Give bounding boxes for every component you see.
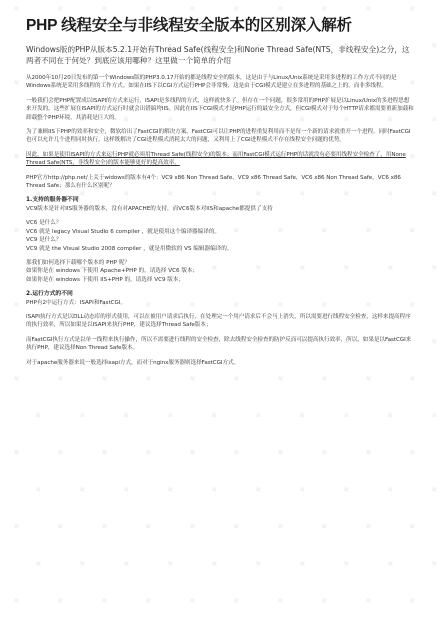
watermark-mark: ✦ (9, 518, 25, 535)
watermark-mark: ✦ (207, 555, 223, 572)
watermark-mark: ✦ (361, 518, 377, 535)
paragraph-fastcgi: 为了兼顾IIS下PHP的效率和安全，微软给出了FastCGI的解决方案。Fast… (26, 128, 414, 145)
watermark-mark: ✦ (295, 555, 311, 572)
choose-question: 那我们如何选择下载哪个版本的 PHP 呢？ (26, 259, 414, 267)
watermark-mark: ✦ (361, 444, 377, 461)
section-1-text: VC9版本是针对IIS服务器的版本，没有对APACHE的支持，而VC6版本对II… (26, 205, 414, 213)
section-2: 2.运行方式的不同 PHP有2中运行方式：ISAPI和FastCGI。 (26, 290, 414, 307)
watermark-mark: ✦ (185, 444, 201, 461)
vc9-answer: VC9 就是 the Visual Studio 2008 compiler ，… (26, 245, 414, 253)
watermark-mark: ✦ (141, 370, 157, 387)
watermark-mark: ✦ (9, 370, 25, 387)
watermark-mark: ✦ (31, 407, 47, 424)
watermark-mark: ✦ (75, 407, 91, 424)
watermark-mark: ✦ (207, 407, 223, 424)
watermark-mark: ✦ (53, 518, 69, 535)
watermark-mark: ✦ (229, 370, 245, 387)
paragraph-server-choice: 对于apache服务器来说一般选择isapi方式，而对于nginx服务器则选择F… (26, 359, 414, 367)
watermark-mark: ✦ (383, 407, 399, 424)
watermark-mark: ✦ (361, 370, 377, 387)
watermark-mark: ✦ (53, 370, 69, 387)
watermark-mark: ✦ (163, 555, 179, 572)
watermark-mark: ✦ (119, 555, 135, 572)
watermark-mark: ✦ (339, 407, 355, 424)
vc6-answer: VC6 就是 legacy Visual Studio 6 compiler ，… (26, 228, 414, 236)
watermark-mark: ✦ (361, 592, 377, 609)
watermark-mark: ✦ (405, 444, 421, 461)
watermark-mark: ✦ (141, 444, 157, 461)
document-page: PHP 线程安全与非线程安全版本的区别深入解析 Windows版的PHP从版本5… (0, 0, 440, 367)
watermark-mark: ✦ (273, 518, 289, 535)
watermark-mark: ✦ (405, 592, 421, 609)
watermark-mark: ✦ (31, 481, 47, 498)
paragraph-fastcgi-mode: 而FastCGI执行方式是以单一线程来执行操作，所以不需要进行线程的安全检查，除… (26, 336, 414, 353)
watermark-mark: ✦ (317, 370, 333, 387)
watermark-mark: ✦ (405, 370, 421, 387)
paragraph-isapi-cgi: 一般我们会把PHP配置成以ISAPI的方式来运行，ISAPI是多线程的方式，这样… (26, 97, 414, 122)
watermark-mark: ✦ (317, 592, 333, 609)
section-2-heading: 2.运行方式的不同 (26, 290, 414, 298)
choose-apache: 如果你是在 windows 下使用 Apache+PHP 的，请选择 VC6 版… (26, 267, 414, 275)
watermark-mark: ✦ (185, 370, 201, 387)
watermark-mark: ✦ (53, 444, 69, 461)
choose-iis: 如果你是在 windows 下使用 IIS+PHP 的，请选择 VC9 版本； (26, 276, 414, 284)
watermark-mark: ✦ (75, 481, 91, 498)
choose-version: 那我们如何选择下载哪个版本的 PHP 呢？ 如果你是在 windows 下使用 … (26, 259, 414, 284)
watermark-mark: ✦ (427, 555, 440, 572)
watermark-mark: ✦ (119, 481, 135, 498)
watermark-mark: ✦ (97, 444, 113, 461)
watermark-mark: ✦ (75, 555, 91, 572)
watermark-mark: ✦ (427, 407, 440, 424)
watermark-mark: ✦ (317, 444, 333, 461)
watermark-mark: ✦ (339, 481, 355, 498)
watermark-mark: ✦ (295, 407, 311, 424)
watermark-mark: ✦ (229, 518, 245, 535)
watermark-mark: ✦ (207, 481, 223, 498)
watermark-mark: ✦ (163, 407, 179, 424)
watermark-mark: ✦ (251, 407, 267, 424)
section-1-heading: 1.支持的服务器不同 (26, 196, 414, 204)
intro-paragraph: Windows版的PHP从版本5.2.1开始有Thread Safe(线程安全)… (26, 44, 414, 66)
watermark-mark: ✦ (53, 592, 69, 609)
watermark-mark: ✦ (229, 444, 245, 461)
watermark-mark: ✦ (383, 481, 399, 498)
paragraph-conclusion-underlined: 因此，如果是使用ISAPI的方式来运行PHP就必须用Thread Safe(线程… (26, 151, 414, 168)
watermark-mark: ✦ (141, 592, 157, 609)
watermark-mark: ✦ (141, 518, 157, 535)
watermark-mark: ✦ (9, 592, 25, 609)
vc6-question: VC6 是什么？ (26, 219, 414, 227)
watermark-mark: ✦ (405, 518, 421, 535)
section-1: 1.支持的服务器不同 VC9版本是针对IIS服务器的版本，没有对APACHE的支… (26, 196, 414, 213)
watermark-mark: ✦ (251, 481, 267, 498)
watermark-mark: ✦ (97, 370, 113, 387)
watermark-mark: ✦ (427, 481, 440, 498)
watermark-mark: ✦ (273, 370, 289, 387)
paragraph-history: 从2000年10月20日发布的第一个Windows版的PHP3.0.17开始的都… (26, 74, 414, 91)
watermark-mark: ✦ (163, 481, 179, 498)
watermark-mark: ✦ (273, 592, 289, 609)
vc9-question: VC9 是什么？ (26, 236, 414, 244)
watermark-mark: ✦ (97, 518, 113, 535)
watermark-mark: ✦ (97, 592, 113, 609)
watermark-mark: ✦ (251, 555, 267, 572)
watermark-mark: ✦ (383, 555, 399, 572)
vc-definitions: VC6 是什么？ VC6 就是 legacy Visual Studio 6 c… (26, 219, 414, 253)
watermark-mark: ✦ (185, 518, 201, 535)
watermark-mark: ✦ (295, 481, 311, 498)
paragraph-versions: PHP官方http://php.net/上关于widows的版本有4个：VC9 … (26, 174, 414, 191)
paragraph-isapi-mode: ISAPI执行方式是以DLL动态库的形式使用，可以在被用户请求后执行，在处理完一… (26, 313, 414, 330)
section-2-text: PHP有2中运行方式：ISAPI和FastCGI。 (26, 299, 414, 307)
watermark-mark: ✦ (273, 444, 289, 461)
document-title: PHP 线程安全与非线程安全版本的区别深入解析 (26, 16, 414, 36)
watermark-mark: ✦ (119, 407, 135, 424)
watermark-mark: ✦ (31, 555, 47, 572)
watermark-mark: ✦ (317, 518, 333, 535)
watermark-mark: ✦ (229, 592, 245, 609)
watermark-mark: ✦ (185, 592, 201, 609)
watermark-mark: ✦ (9, 444, 25, 461)
watermark-mark: ✦ (339, 555, 355, 572)
